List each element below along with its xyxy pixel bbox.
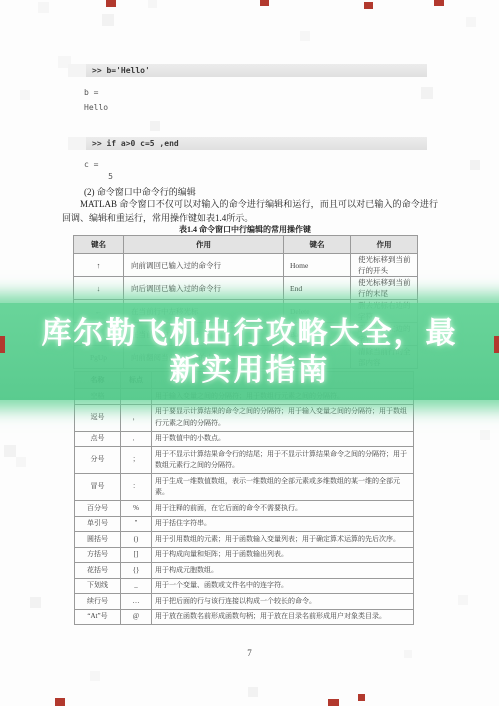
table-cell: {}	[121, 563, 152, 579]
banner-title-line1: 库尔勒飞机出行攻略大全，最	[42, 315, 458, 352]
table-row: ↑向前调回已输入过的命令行Home使光标移到当前行的开头	[74, 254, 418, 277]
table-row: 下划线_用于一个变量、函数或文件名中的连字符。	[75, 578, 414, 594]
mosaic-square	[470, 160, 480, 170]
code-gutter	[68, 64, 86, 77]
table-row: 分号；用于不显示计算结果命令行的结尾；用于不显示计算结果命令之间的分隔符；用于数…	[75, 447, 414, 474]
table-row: 方括号[]用于构成向量和矩阵；用于函数输出列表。	[75, 547, 414, 563]
code-output-line: 5	[84, 172, 113, 182]
table-cell: 用于构成元胞数组。	[152, 563, 414, 579]
red-accent-square	[364, 2, 373, 9]
table-cell: 点号	[75, 431, 121, 447]
table-cell: 逗号	[75, 404, 121, 431]
table-cell: ．	[121, 431, 152, 447]
mosaic-square	[466, 17, 476, 27]
mosaic-square	[30, 597, 41, 608]
red-accent-square	[434, 0, 444, 6]
table-cell: “At”号	[75, 609, 121, 625]
table-cell: Home	[284, 254, 351, 277]
mosaic-square	[38, 2, 49, 13]
table-row: 百分号%用于注释的前面，在它后面的命令不需要执行。	[75, 501, 414, 517]
mosaic-square	[102, 14, 114, 26]
table-cell: 续行号	[75, 594, 121, 610]
column-header: 键名	[74, 236, 124, 254]
table-cell: 花括号	[75, 563, 121, 579]
mosaic-square	[20, 90, 30, 100]
table-cell: 分号	[75, 447, 121, 474]
table-cell: 用于要显示计算结果的命令之间的分隔符；用于输入变量之间的分隔符；用于数组行元素之…	[152, 404, 414, 431]
table-cell: 用于把后面的行与该行连接以构成一个较长的命令。	[152, 594, 414, 610]
table-cell: 下划线	[75, 578, 121, 594]
table-cell: 冒号	[75, 474, 121, 501]
table-row: “At”号@用于放在函数名前形成函数句柄；用于放在目录名前形成用户对象类目录。	[75, 609, 414, 625]
table-row: 冒号：用于生成一维数值数组，表示一维数组的全部元素或多维数组的某一维的全部元素。	[75, 474, 414, 501]
code-output-line: Hello	[84, 103, 108, 113]
table-row: ↓向后调回已输入过的命令行End使光标移到当前行的末尾	[74, 277, 418, 300]
table-cell: 用于数值中的小数点。	[152, 431, 414, 447]
red-accent-square	[106, 0, 116, 7]
table-cell: ↑	[74, 254, 124, 277]
mosaic-square	[16, 457, 26, 467]
table-cell: ↓	[74, 277, 124, 300]
mosaic-square	[421, 87, 433, 99]
red-accent-square	[358, 694, 365, 701]
table-cell: 用于生成一维数值数组，表示一维数组的全部元素或多维数组的某一维的全部元素。	[152, 474, 414, 501]
table-cell: %	[121, 501, 152, 517]
red-accent-square	[260, 0, 269, 6]
table-cell: ；	[121, 447, 152, 474]
table-cell: 方括号	[75, 547, 121, 563]
table-row: 逗号，用于要显示计算结果的命令之间的分隔符；用于输入变量之间的分隔符；用于数组行…	[75, 404, 414, 431]
mosaic-square	[90, 671, 100, 681]
code-output-line: b =	[84, 88, 98, 98]
table-cell: 使光标移到当前行的开头	[351, 254, 418, 277]
table-cell: 向后调回已输入过的命令行	[124, 277, 284, 300]
code-gutter	[68, 137, 86, 150]
table-row: 圆括号()用于引用数组的元素；用于函数输入变量列表；用于确定算术运算的先后次序。	[75, 532, 414, 548]
red-accent-square	[328, 699, 339, 706]
red-accent-square	[55, 698, 65, 706]
table-cell: []	[121, 547, 152, 563]
table-cell: 圆括号	[75, 532, 121, 548]
column-header: 键名	[284, 236, 351, 254]
mosaic-square	[300, 31, 310, 41]
section-paragraph: MATLAB 命令窗口不仅可以对输入的命令进行编辑和运行，而且可以对已输入的命令…	[62, 198, 438, 225]
section-heading: (2) 命令窗口中命令行的编辑	[84, 185, 196, 198]
table-row: 点号．用于数值中的小数点。	[75, 431, 414, 447]
mosaic-square	[458, 595, 468, 605]
mosaic-square	[150, 121, 160, 131]
table-cell: ：	[121, 474, 152, 501]
page-number: 7	[0, 648, 499, 658]
table-cell: 百分号	[75, 501, 121, 517]
table-punctuation: 名称 标点 作用 空格用于输入变量之间的分隔符；用于数组行元素之间的分隔符。逗号…	[74, 371, 414, 625]
mosaic-square	[148, 0, 157, 8]
table-cell: 单引号	[75, 516, 121, 532]
red-accent-square	[0, 336, 5, 353]
table-cell: End	[284, 277, 351, 300]
table-cell: ''	[121, 516, 152, 532]
table-cell: ，	[121, 404, 152, 431]
table14-title: 表1.4 命令窗口中行编辑的常用操作键	[75, 224, 415, 235]
table-cell: …	[121, 594, 152, 610]
banner-title-line2: 新实用指南	[170, 352, 330, 389]
overlay-banner: 库尔勒飞机出行攻略大全，最 新实用指南	[0, 303, 499, 400]
code-command-bar: >> if a>0 c=5 ,end	[68, 137, 427, 150]
table-cell: 用于放在函数名前形成函数句柄；用于放在目录名前形成用户对象类目录。	[152, 609, 414, 625]
mosaic-square	[4, 445, 16, 457]
code-output-line: c =	[84, 160, 98, 170]
table-cell: 使光标移到当前行的末尾	[351, 277, 418, 300]
mosaic-square	[248, 687, 258, 697]
table-header-row: 键名 作用 键名 作用	[74, 236, 418, 254]
code-command: >> b='Hello'	[92, 64, 150, 77]
table-cell: 向前调回已输入过的命令行	[124, 254, 284, 277]
red-accent-square	[494, 336, 499, 353]
table-cell: _	[121, 578, 152, 594]
column-header: 作用	[124, 236, 284, 254]
book-page: >> b='Hello' b = Hello >> if a>0 c=5 ,en…	[0, 0, 499, 706]
table-cell: 用于括住字符串。	[152, 516, 414, 532]
table-cell: @	[121, 609, 152, 625]
table-cell: 用于注释的前面，在它后面的命令不需要执行。	[152, 501, 414, 517]
table-row: 单引号''用于括住字符串。	[75, 516, 414, 532]
code-command-bar: >> b='Hello'	[68, 64, 427, 77]
table-cell: ()	[121, 532, 152, 548]
table-row: 续行号…用于把后面的行与该行连接以构成一个较长的命令。	[75, 594, 414, 610]
table-cell: 用于一个变量、函数或文件名中的连字符。	[152, 578, 414, 594]
mosaic-square	[480, 430, 490, 440]
table-cell: 用于引用数组的元素；用于函数输入变量列表；用于确定算术运算的先后次序。	[152, 532, 414, 548]
code-command: >> if a>0 c=5 ,end	[92, 137, 179, 150]
table-cell: 用于构成向量和矩阵；用于函数输出列表。	[152, 547, 414, 563]
column-header: 作用	[351, 236, 418, 254]
table-row: 花括号{}用于构成元胞数组。	[75, 563, 414, 579]
table-cell: 用于不显示计算结果命令行的结尾；用于不显示计算结果命令之间的分隔符；用于数组元素…	[152, 447, 414, 474]
